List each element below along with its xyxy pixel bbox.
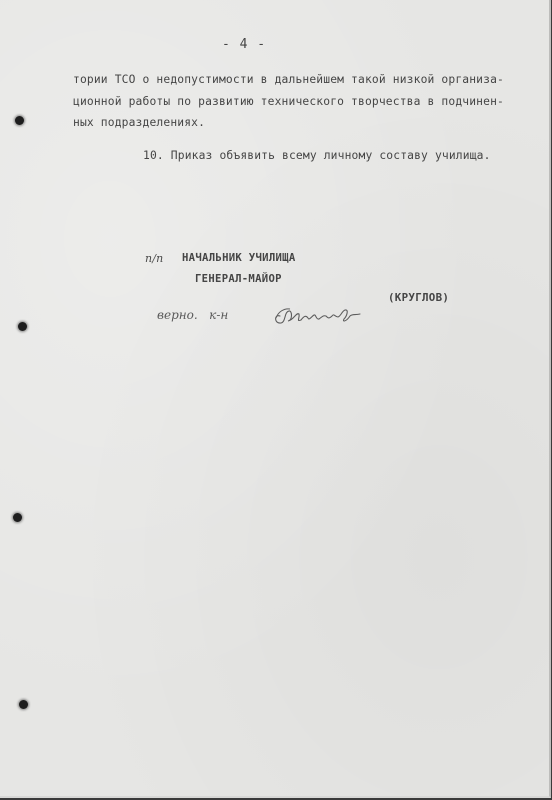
order-item-10: 10. Приказ объявить всему личному состав…	[143, 150, 491, 161]
body-text-line: ционной работы по развитию технического …	[73, 96, 504, 107]
punch-hole	[15, 116, 24, 125]
handwritten-signature	[272, 302, 367, 328]
punch-hole	[18, 322, 27, 331]
handwritten-certification: верно. к-н	[157, 308, 228, 322]
body-text-line: тории ТСО о недопустимости в дальнейшем …	[73, 74, 504, 85]
body-text-line: ных подразделениях.	[73, 117, 205, 128]
punch-hole	[13, 513, 22, 522]
punch-hole	[19, 700, 28, 709]
signatory-name: (КРУГЛОВ)	[388, 293, 449, 304]
signatory-title: НАЧАЛЬНИК УЧИЛИЩА	[182, 253, 296, 264]
pp-mark: п/п	[145, 253, 163, 264]
document-page: - 4 - тории ТСО о недопустимости в дальн…	[0, 0, 551, 798]
page-number: - 4 -	[222, 38, 266, 51]
signatory-rank: ГЕНЕРАЛ-МАЙОР	[195, 274, 282, 285]
